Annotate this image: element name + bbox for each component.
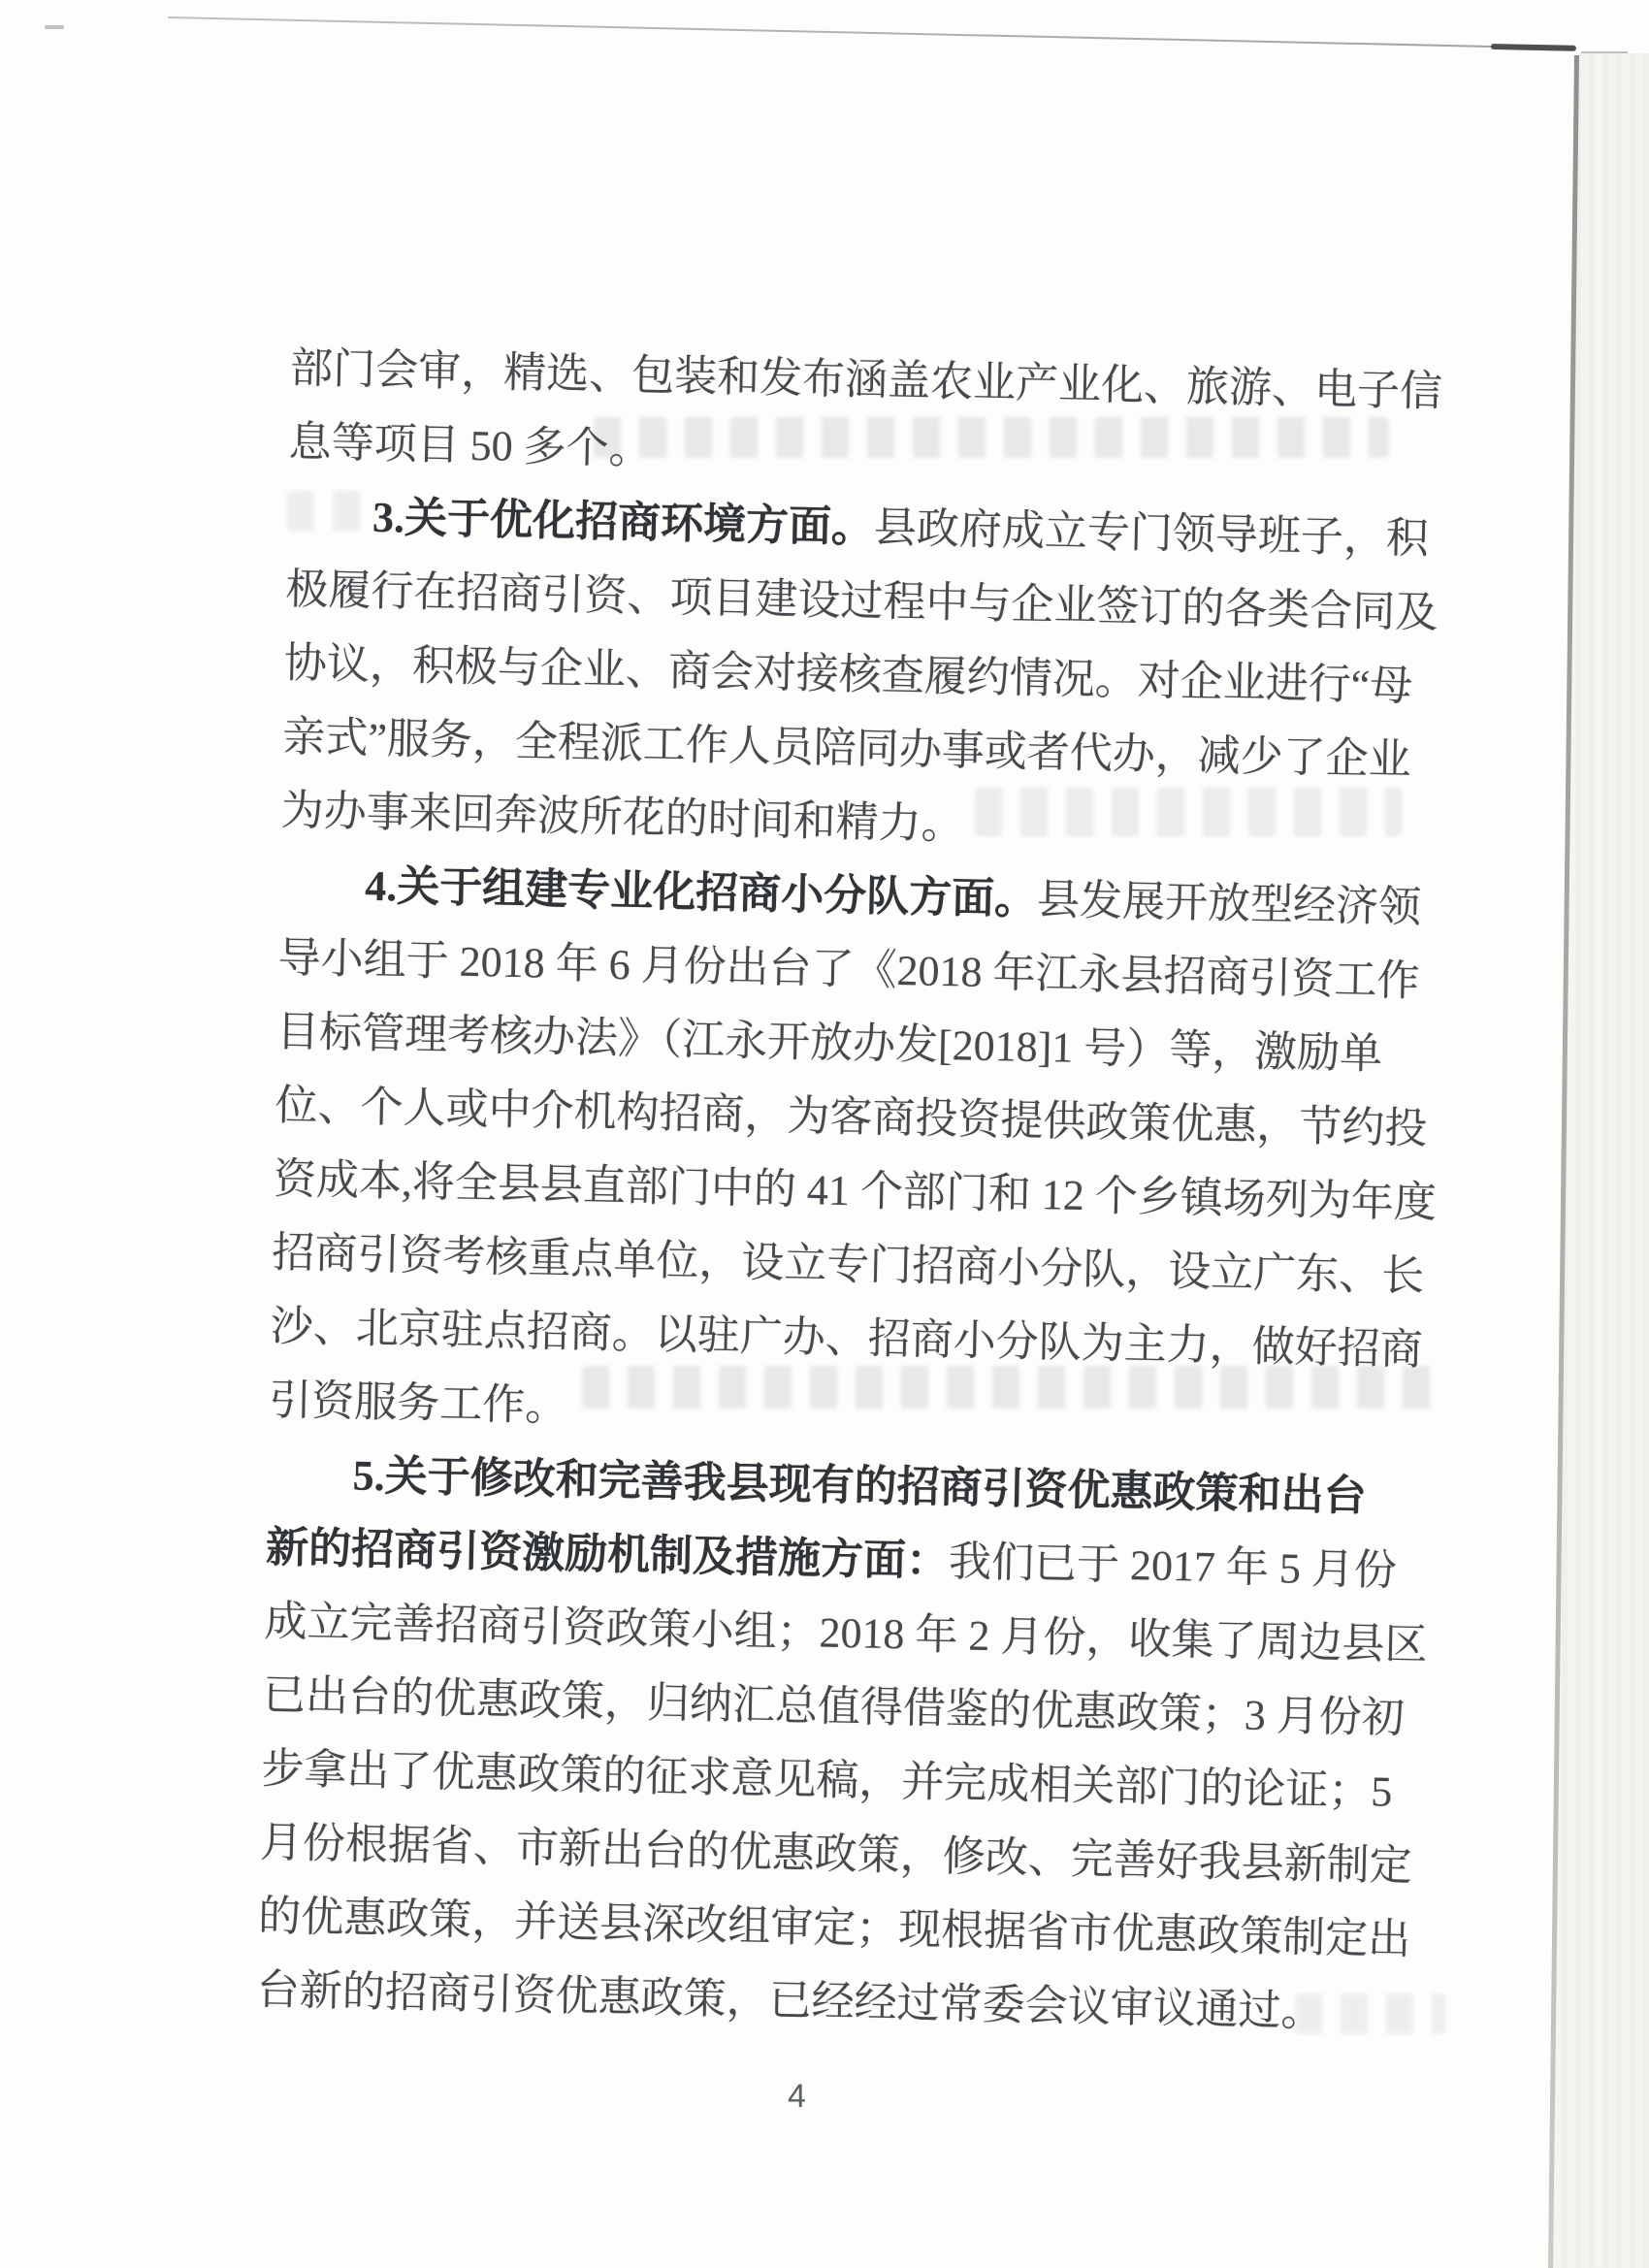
body-text-segment: 引资服务工作。 bbox=[269, 1377, 568, 1430]
scanned-document-page: 部门会审，精选、包装和发布涵盖农业产业化、旅游、电子信息等项目 50 多个。3.… bbox=[0, 0, 1649, 2268]
body-text-segment: 台新的招商引资优惠政策，已经经过常委会议审议通过。 bbox=[256, 1966, 1324, 2036]
heading-text-segment: 3.关于优化招商环境方面。 bbox=[372, 494, 875, 552]
heading-text-segment: 5.关于修改和完善我县现有的招商引资优惠政策和出台 bbox=[352, 1452, 1367, 1521]
heading-text-segment: 新的招商引资激励机制及措施方面： bbox=[266, 1524, 950, 1585]
body-text-segment: 已出台的优惠政策，归纳汇总值得借鉴的优惠政策；3 月份初 bbox=[263, 1671, 1406, 1742]
body-text-segment: 县发展开放型经济领 bbox=[1037, 876, 1422, 931]
body-text-segment: 月份根据省、市新出台的优惠政策，修改、完善好我县新制定 bbox=[259, 1819, 1412, 1890]
scan-fold-line bbox=[168, 16, 1576, 49]
body-text-segment: 目标管理考核办法》（江永开放办发[2018]1 号）等，激励单 bbox=[276, 1008, 1383, 1078]
body-text-segment: 资成本,将全县县直部门中的 41 个部门和 12 个乡镇场列为年度 bbox=[274, 1155, 1438, 1227]
body-text-segment: 极履行在招商引资、项目建设过程中与企业签订的各类合同及 bbox=[285, 566, 1439, 636]
body-text-segment: 部门会审，精选、包装和发布涵盖农业产业化、旅游、电子信 bbox=[290, 344, 1443, 415]
body-text-segment: 亲式”服务，全程派工作人员陪同办事或者代办，减少了企业 bbox=[282, 713, 1411, 784]
body-text-segment: 招商引资考核重点单位，设立专门招商小分队，设立广东、长 bbox=[272, 1229, 1425, 1300]
scan-fold-line-dark-segment bbox=[1491, 44, 1576, 51]
body-text-segment: 位、个人或中介机构招商，为客商投资提供政策优惠，节约投 bbox=[275, 1082, 1428, 1152]
body-text-segment: 协议，积极与企业、商会对接核查履约情况。对企业进行“母 bbox=[283, 639, 1412, 710]
body-text-segment: 导小组于 2018 年 6 月份出台了《2018 年江永县招商引资工作 bbox=[277, 934, 1420, 1005]
body-text-segment: 息等项目 50 多个。 bbox=[288, 418, 652, 473]
body-text-segment: 步拿出了优惠政策的征求意见稿，并完成相关部门的论证；5 bbox=[261, 1745, 1393, 1816]
scan-fold-line-tail bbox=[1581, 51, 1628, 53]
scan-mark-dash bbox=[45, 25, 64, 29]
body-text-segment: 县政府成立专门领导班子，积 bbox=[873, 503, 1429, 563]
heading-text-segment: 4.关于组建专业化招商小分队方面。 bbox=[365, 862, 1038, 923]
body-text-segment: 为办事来回奔波所花的时间和精力。 bbox=[280, 787, 964, 848]
body-text-segment: 的优惠政策，并送县深改组审定；现根据省市优惠政策制定出 bbox=[258, 1893, 1411, 1963]
page-number: 4 bbox=[788, 2078, 806, 2116]
body-text-segment: 我们已于 2017 年 5 月份 bbox=[949, 1538, 1398, 1595]
body-text-segment: 成立完善招商引资政策小组；2018 年 2 月份，收集了周边县区 bbox=[264, 1598, 1428, 1669]
body-text-segment: 沙、北京驻点招商。以驻广办、招商小分队为主力，做好招商 bbox=[270, 1303, 1423, 1374]
document-text-block: 部门会审，精选、包装和发布涵盖农业产业化、旅游、电子信息等项目 50 多个。3.… bbox=[256, 332, 1474, 2052]
